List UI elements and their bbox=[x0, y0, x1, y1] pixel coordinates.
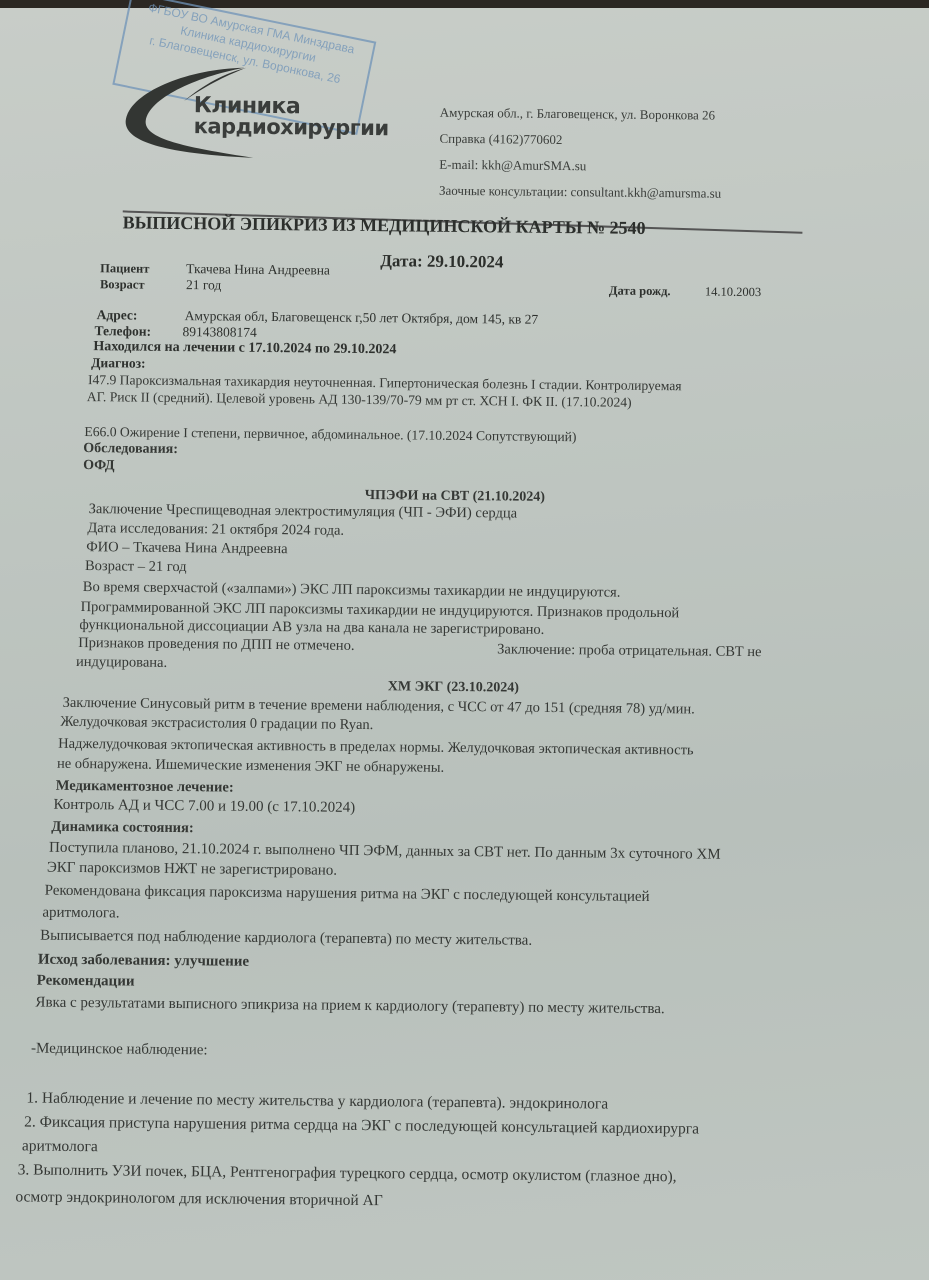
chpefi-line: Возраст – 21 год bbox=[85, 558, 187, 576]
dynamics-label: Динамика состояния: bbox=[51, 819, 194, 837]
chpefi-line: Во время сверхчастой («залпами») ЭКС ЛП … bbox=[83, 579, 621, 602]
recommendations-text: Явка с результатами выписного эпикриза н… bbox=[35, 995, 664, 1019]
clinic-contacts: Амурская обл., г. Благовещенск, ул. Воро… bbox=[439, 100, 722, 207]
medication-label: Медикаментозное лечение: bbox=[56, 778, 234, 797]
recommendations-label: Рекомендации bbox=[37, 973, 135, 991]
chpefi-line: ФИО – Ткачева Нина Андреевна bbox=[86, 539, 288, 558]
document-page: ФГБОУ ВО Амурская ГМА Минздрава Клиника … bbox=[0, 0, 929, 1280]
patient-dob: 14.10.2003 bbox=[705, 285, 761, 300]
patient-name: Ткачева Нина Андреевна bbox=[186, 261, 330, 278]
recommendation-item: 1. Наблюдение и лечение по месту жительс… bbox=[26, 1089, 608, 1113]
dob-label: Дата рожд. bbox=[609, 284, 705, 300]
clinic-consult-email: Заочные консультации: consultant.kkh@amu… bbox=[439, 178, 721, 207]
exam-ofd: ОФД bbox=[83, 458, 115, 474]
age-label: Возраст bbox=[100, 277, 186, 293]
dynamics-line: аритмолога. bbox=[42, 905, 119, 923]
dynamics-line: Рекомендована фиксация пароксизма наруше… bbox=[45, 883, 650, 906]
patient-phone: 89143808174 bbox=[182, 324, 256, 340]
chpefi-title: ЧПЭФИ на СВТ (21.10.2024) bbox=[365, 488, 545, 506]
chpefi-line: Признаков проведения по ДПП не отмечено. bbox=[78, 635, 354, 655]
document-title: ВЫПИСНОЙ ЭПИКРИЗ ИЗ МЕДИЦИНСКОЙ КАРТЫ № … bbox=[123, 212, 646, 238]
clinic-logo: Клиника кардиохирургии bbox=[194, 95, 389, 139]
dynamics-line: ЭКГ пароксизмов НЖТ не зарегистрировано. bbox=[47, 860, 337, 880]
observation-label: -Медицинское наблюдение: bbox=[31, 1041, 208, 1060]
logo-line2: кардиохирургии bbox=[194, 116, 389, 139]
patient-label: Пациент bbox=[100, 261, 186, 277]
chpefi-line: Дата исследования: 21 октября 2024 года. bbox=[87, 520, 344, 540]
clinic-phone: Справка (4162)770602 bbox=[439, 126, 721, 155]
patient-age: 21 год bbox=[186, 277, 221, 292]
address-label: Адрес: bbox=[97, 307, 185, 324]
disease-outcome: Исход заболевания: улучшение bbox=[38, 952, 249, 971]
clinic-address: Амурская обл., г. Благовещенск, ул. Воро… bbox=[440, 100, 722, 129]
chpefi-conclusion: Заключение: проба отрицательная. СВТ не bbox=[497, 641, 761, 661]
recommendation-item: 3. Выполнить УЗИ почек, БЦА, Рентгеногра… bbox=[18, 1161, 677, 1186]
recommendation-item: осмотр эндокринологом для исключения вто… bbox=[15, 1188, 383, 1210]
document-date: Дата: 29.10.2024 bbox=[380, 251, 503, 272]
holter-line: не обнаружена. Ишемические изменения ЭКГ… bbox=[57, 756, 444, 777]
exams-label: Обследования: bbox=[83, 441, 178, 458]
clinic-email: E-mail: kkh@AmurSMA.su bbox=[439, 152, 721, 181]
medication-text: Контроль АД и ЧСС 7.00 и 19.00 (с 17.10.… bbox=[53, 797, 355, 817]
recommendation-item: аритмолога bbox=[22, 1137, 98, 1156]
holter-title: ХМ ЭКГ (23.10.2024) bbox=[388, 679, 519, 696]
phone-label: Телефон: bbox=[94, 323, 182, 340]
holter-line: Желудочковая экстрасистолия 0 градации п… bbox=[60, 714, 373, 734]
dynamics-line: Выписывается под наблюдение кардиолога (… bbox=[40, 928, 532, 950]
diagnosis-label: Диагноз: bbox=[91, 355, 146, 372]
chpefi-line: Заключение Чреспищеводная электростимуля… bbox=[89, 501, 518, 522]
recommendation-item: 2. Фиксация приступа нарушения ритма сер… bbox=[24, 1113, 699, 1138]
chpefi-line: индуцирована. bbox=[76, 654, 167, 672]
